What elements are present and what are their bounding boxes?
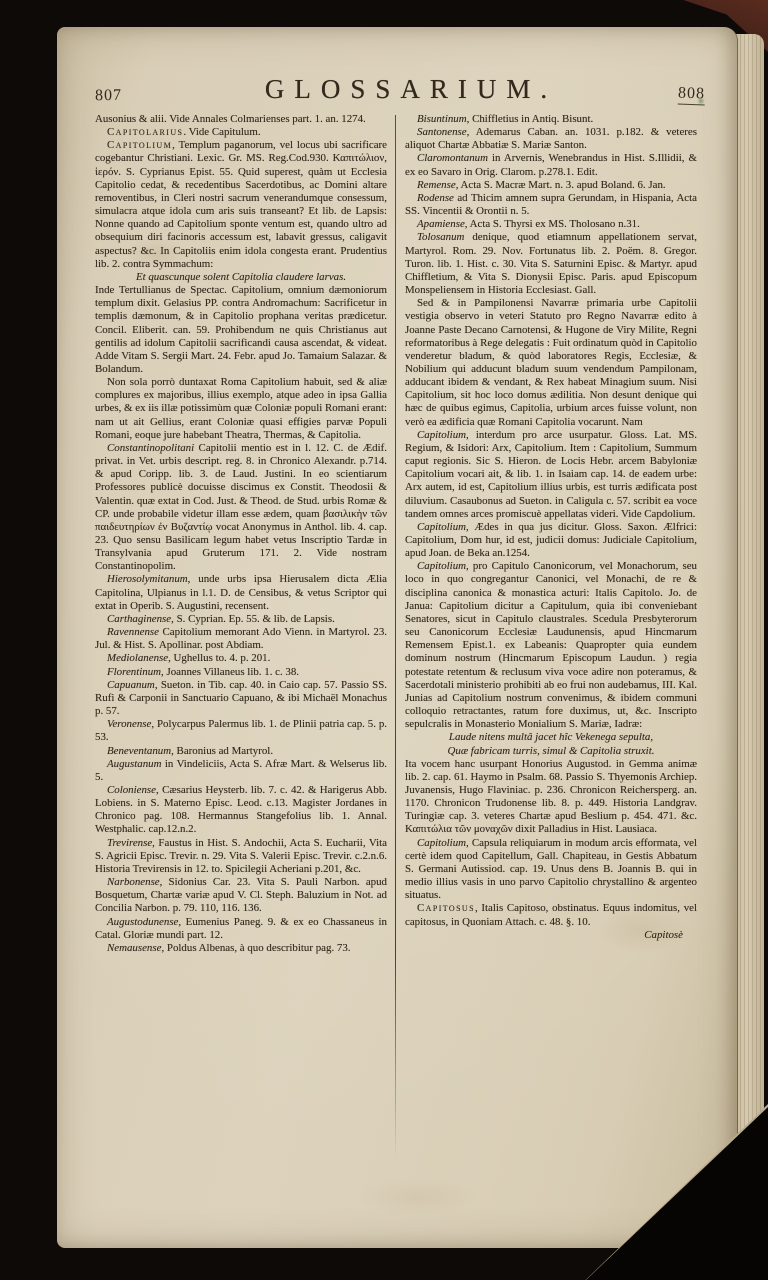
paragraph: Ita vocem hanc usurpant Honorius Augusto… bbox=[405, 758, 697, 837]
entry-headword: Coloniense bbox=[107, 784, 156, 796]
entry-headword: Capitolium bbox=[417, 560, 466, 572]
left-column: Ausonius & alii. Vide Annales Colmariens… bbox=[95, 113, 387, 1208]
page-number-left: 807 bbox=[95, 87, 122, 105]
paragraph: Et quascunque solent Capitolia claudere … bbox=[95, 271, 387, 284]
paragraph: Rodense ad Thicim amnem supra Gerundam, … bbox=[405, 192, 697, 218]
paragraph: Quæ fabricam turris, simul & Capitolia s… bbox=[405, 745, 697, 758]
entry-headword: Constantinopolitani bbox=[107, 442, 194, 454]
page-number-right: 808 bbox=[678, 85, 706, 106]
paragraph: Ravennense Capitolium memorant Ado Vienn… bbox=[95, 626, 387, 652]
paragraph: Capitolium, interdum pro arce usurpatur.… bbox=[405, 429, 697, 521]
paragraph: Beneventanum, Baronius ad Martyrol. bbox=[95, 745, 387, 758]
paragraph: Nemausense, Poldus Albenas, à quo descri… bbox=[95, 942, 387, 955]
entry-headword: Bisuntinum bbox=[417, 113, 467, 125]
book-page: 807 GLOSSARIUM. 808 Ausonius & alii. Vid… bbox=[57, 27, 738, 1248]
entry-headword: Rodense bbox=[417, 192, 454, 204]
entry-headword: Santonense bbox=[417, 126, 467, 138]
entry-headword: Florentinum bbox=[107, 666, 161, 678]
paragraph: Sed & in Pampilonensi Navarræ primaria u… bbox=[405, 297, 697, 429]
paragraph: Claromontanum in Arvernis, Wenebrandus i… bbox=[405, 152, 697, 178]
entry-headword: Capitosus bbox=[417, 902, 475, 914]
text-columns: Ausonius & alii. Vide Annales Colmariens… bbox=[95, 113, 705, 1208]
paragraph: Capitolium, Capsula reliquiarum in modum… bbox=[405, 837, 697, 903]
entry-headword: Augustanum bbox=[107, 758, 161, 770]
paragraph: Constantinopolitani Capitolii mentio est… bbox=[95, 442, 387, 574]
column-divider-rule bbox=[395, 115, 396, 1161]
paragraph: Narbonense, Sidonius Car. 23. Vita S. Pa… bbox=[95, 876, 387, 915]
entry-headword: Capitolium bbox=[417, 837, 466, 849]
paragraph: Capitolium, Ædes in qua jus dicitur. Glo… bbox=[405, 521, 697, 560]
paragraph: Mediolanense, Ughellus to. 4. p. 201. bbox=[95, 652, 387, 665]
paragraph: Carthaginense, S. Cyprian. Ep. 55. & lib… bbox=[95, 613, 387, 626]
paragraph: Apamiense, Acta S. Thyrsi ex MS. Tholosa… bbox=[405, 218, 697, 231]
paragraph: Capitolarius. Vide Capitulum. bbox=[95, 126, 387, 139]
paragraph: Capitosus, Italis Capitoso, obstinatus. … bbox=[405, 902, 697, 928]
entry-headword: Nemausense bbox=[107, 942, 161, 954]
catchword: Capitosè bbox=[405, 929, 697, 942]
entry-headword: Claromontanum bbox=[417, 152, 488, 164]
entry-headword: Mediolanense bbox=[107, 652, 168, 664]
paragraph: Augustodunense, Eumenius Paneg. 9. & ex … bbox=[95, 916, 387, 942]
entry-headword: Narbonense bbox=[107, 876, 160, 888]
paragraph: Inde Tertullianus de Spectac. Capitolium… bbox=[95, 284, 387, 376]
entry-headword: Veronense bbox=[107, 718, 151, 730]
entry-headword: Trevirense bbox=[107, 837, 152, 849]
entry-headword: Tolosanum bbox=[417, 231, 464, 243]
fore-edge-pages bbox=[736, 34, 764, 1194]
entry-headword: Remense bbox=[417, 179, 456, 191]
entry-headword: Capitolium bbox=[417, 521, 466, 533]
paragraph: Santonense, Ademarus Caban. an. 1031. p.… bbox=[405, 126, 697, 152]
paragraph: Augustanum in Vindeliciis, Acta S. Afræ … bbox=[95, 758, 387, 784]
entry-headword: Apamiense bbox=[417, 218, 465, 230]
paragraph: Capitolium, Templum paganorum, vel locus… bbox=[95, 139, 387, 271]
entry-headword: Hierosolymitanum bbox=[107, 573, 188, 585]
paragraph: Veronense, Polycarpus Palermus lib. 1. d… bbox=[95, 718, 387, 744]
entry-headword: Capitolium bbox=[417, 429, 466, 441]
paragraph: Capitolium, pro Capitulo Canonicorum, ve… bbox=[405, 560, 697, 731]
entry-headword: Augustodunense bbox=[107, 916, 178, 928]
entry-headword: Ravennense bbox=[107, 626, 159, 638]
right-column: Bisuntinum, Chiffletius in Antiq. Bisunt… bbox=[405, 113, 697, 1208]
entry-headword: Capitolarius bbox=[107, 126, 183, 138]
paragraph: Hierosolymitanum, unde urbs ipsa Hierusa… bbox=[95, 573, 387, 612]
paragraph: Non sola porrò duntaxat Roma Capitolium … bbox=[95, 376, 387, 442]
entry-headword: Capitolium bbox=[107, 139, 172, 151]
paragraph: Florentinum, Joannes Villaneus lib. 1. c… bbox=[95, 666, 387, 679]
entry-headword: Beneventanum bbox=[107, 745, 171, 757]
paragraph: Tolosanum denique, quod etiamnum appella… bbox=[405, 231, 697, 297]
paragraph: Remense, Acta S. Macræ Mart. n. 3. apud … bbox=[405, 179, 697, 192]
page-header: 807 GLOSSARIUM. 808 bbox=[95, 71, 705, 105]
paragraph: Coloniense, Cæsarius Heysterb. lib. 7. c… bbox=[95, 784, 387, 837]
paragraph: Capuanum, Sueton. in Tib. cap. 40. in Ca… bbox=[95, 679, 387, 718]
paragraph: Bisuntinum, Chiffletius in Antiq. Bisunt… bbox=[405, 113, 697, 126]
scanned-book-photo: 807 GLOSSARIUM. 808 Ausonius & alii. Vid… bbox=[0, 0, 768, 1280]
paragraph: Ausonius & alii. Vide Annales Colmariens… bbox=[95, 113, 387, 126]
paragraph: Laude nitens multâ jacet hîc Vekenega se… bbox=[405, 731, 697, 744]
paragraph: Trevirense, Faustus in Hist. S. Andochii… bbox=[95, 837, 387, 876]
entry-headword: Carthaginense bbox=[107, 613, 171, 625]
running-title: GLOSSARIUM. bbox=[255, 74, 557, 105]
entry-headword: Capuanum bbox=[107, 679, 155, 691]
